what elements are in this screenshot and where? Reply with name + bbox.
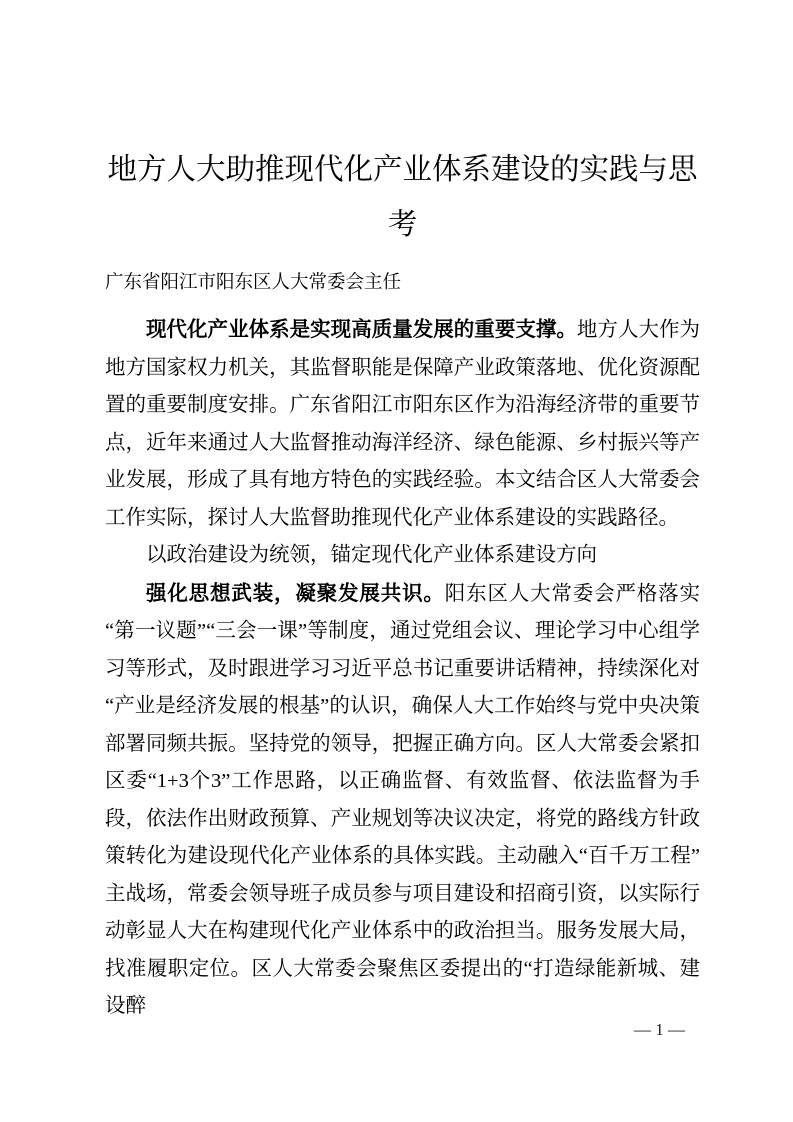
article-body: 现代化产业体系是实现高质量发展的重要支撑。地方人大作为地方国家权力机关，其监督职… xyxy=(105,311,700,1026)
paragraph: 强化思想武装，凝聚发展共识。阳东区人大常委会严格落实“第一议题”“三会一课”等制… xyxy=(105,575,700,1026)
paragraph: 现代化产业体系是实现高质量发展的重要支撑。地方人大作为地方国家权力机关，其监督职… xyxy=(105,311,700,537)
paragraph-lead: 强化思想武装，凝聚发展共识。 xyxy=(146,582,445,605)
document-page: 地方人大助推现代化产业体系建设的实践与思考 广东省阳江市阳东区人大常委会主任 现… xyxy=(105,0,700,1122)
page-number: — 1 — xyxy=(634,1018,685,1042)
paragraph-lead: 现代化产业体系是实现高质量发展的重要支撑。 xyxy=(146,318,577,341)
document-title: 地方人大助推现代化产业体系建设的实践与思考 xyxy=(105,143,700,253)
author-byline: 广东省阳江市阳东区人大常委会主任 xyxy=(105,269,700,295)
section-heading: 以政治建设为统领，锚定现代化产业体系建设方向 xyxy=(105,537,700,575)
